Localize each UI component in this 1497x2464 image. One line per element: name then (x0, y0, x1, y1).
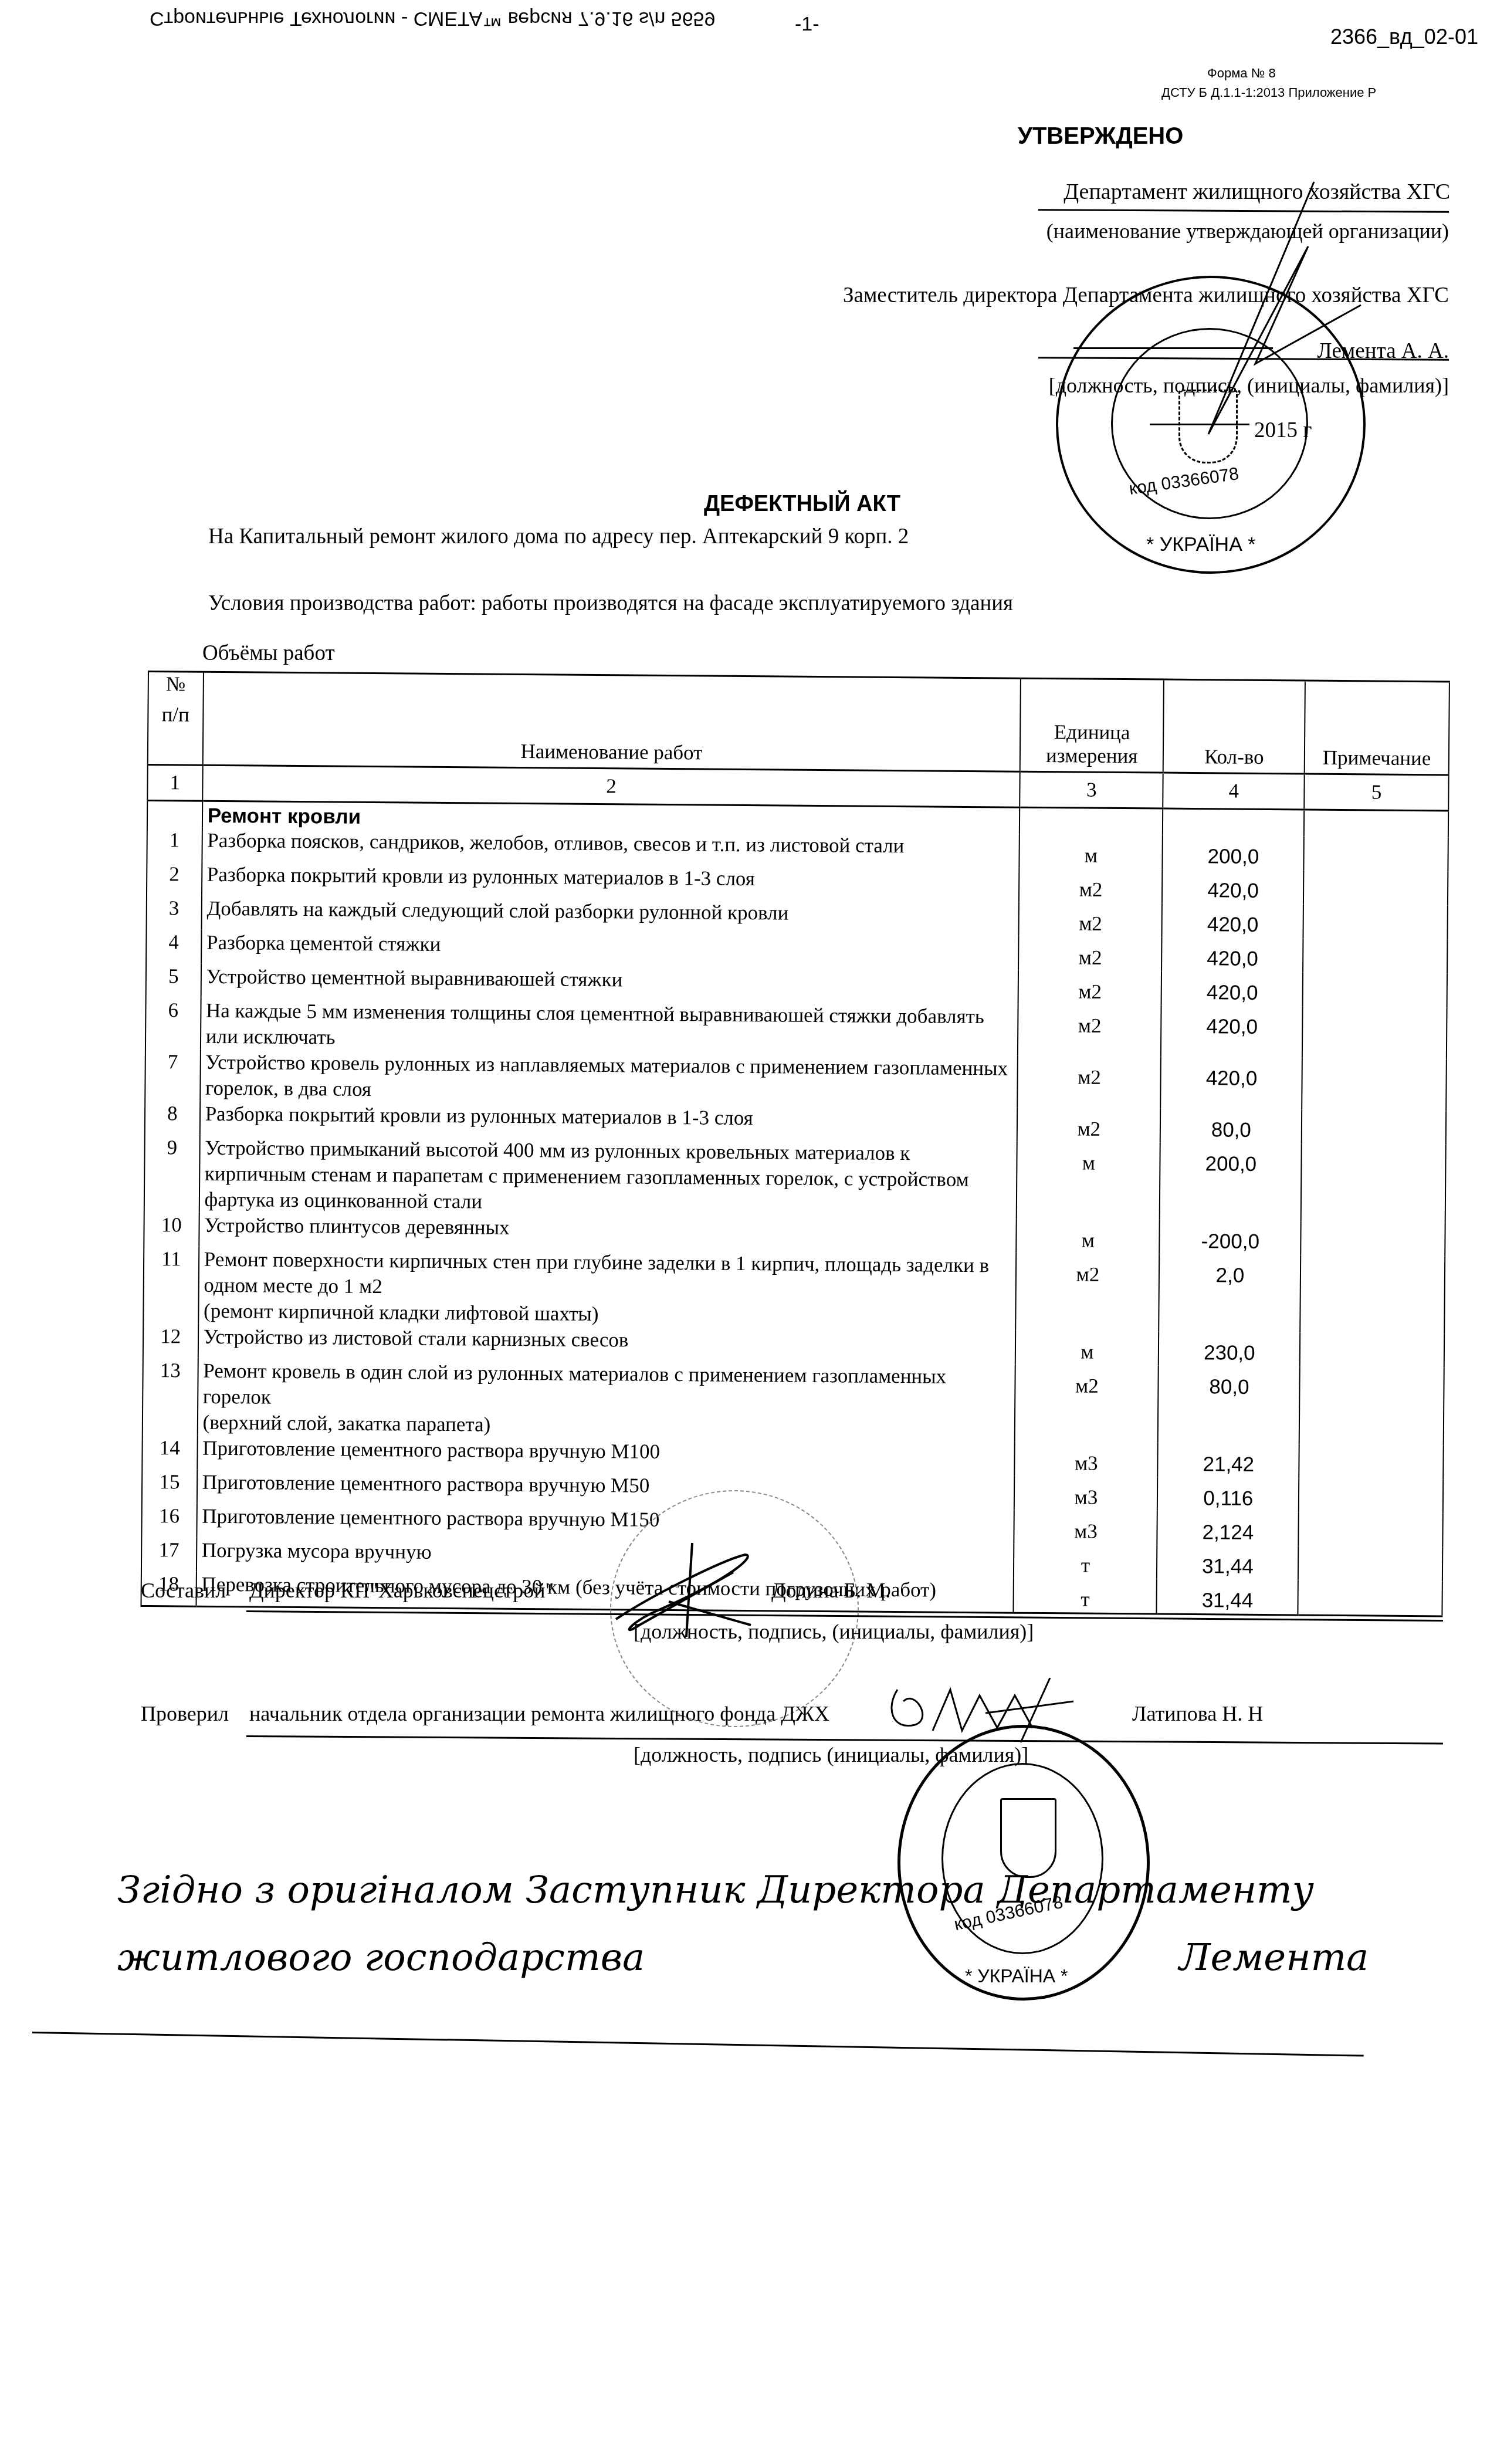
quantity: 420,0 (1162, 869, 1303, 905)
row-number: 13 (143, 1358, 198, 1436)
bottom-rule (32, 2032, 1364, 2057)
approval-heading: УТВЕРЖДЕНО (1018, 123, 1183, 150)
compiled-label: Составил (141, 1578, 226, 1603)
quantity: 420,0 (1161, 1006, 1303, 1058)
table-row: 13Ремонт кровель в один слой из рулонных… (143, 1358, 1444, 1445)
unit-of-measure: м (1017, 1219, 1160, 1254)
page-number: -1- (795, 13, 819, 36)
work-name: Устройство плинтусов деревянных (199, 1213, 1017, 1253)
row-number: 1 (147, 827, 202, 862)
quantity: 420,0 (1161, 937, 1303, 973)
column-number: 4 (1163, 773, 1305, 810)
unit-of-measure: м3 (1014, 1510, 1157, 1545)
table-row: 9Устройство примыканий высотой 400 мм из… (144, 1135, 1446, 1222)
checked-label: Проверил (141, 1701, 229, 1726)
unit-of-measure: м3 (1014, 1476, 1157, 1511)
section-unit (1020, 807, 1163, 835)
unit-of-measure: м2 (1018, 1004, 1161, 1057)
row-number: 3 (147, 895, 202, 930)
header-unit-line2: измерения (1025, 744, 1158, 769)
note (1299, 1512, 1443, 1547)
note (1299, 1478, 1443, 1513)
approver-signature (1115, 176, 1379, 440)
work-name: Устройство примыканий высотой 400 мм из … (199, 1135, 1017, 1219)
unit-of-measure: м (1017, 1142, 1160, 1220)
document-code: 2366_вд_02-01 (1330, 25, 1478, 49)
row-number: 5 (146, 963, 201, 998)
column-number: 1 (147, 765, 202, 801)
note (1301, 1143, 1446, 1222)
quantity: -200,0 (1160, 1220, 1301, 1255)
work-name: Разборка покрытий кровли из рулонных мат… (202, 862, 1020, 902)
header-no: № п/п (148, 672, 204, 766)
coat-of-arms-icon (1000, 1798, 1056, 1878)
work-name: Разборка цементой стяжки (201, 930, 1019, 970)
section-qty (1163, 808, 1304, 836)
note (1303, 904, 1448, 939)
row-number: 17 (141, 1537, 197, 1572)
unit-of-measure: м2 (1018, 970, 1161, 1006)
table-row: 6На каждые 5 мм изменения толщины слоя ц… (145, 997, 1447, 1059)
certification-line2: житлового господарства (117, 1936, 645, 1979)
unit-of-measure: т (1014, 1578, 1157, 1614)
work-name: Приготовление цементного раствора вручну… (197, 1436, 1015, 1476)
row-number: 10 (144, 1212, 199, 1247)
certification-name: Лемента (1179, 1936, 1369, 1979)
row-number: 16 (141, 1503, 197, 1538)
quantity: 80,0 (1160, 1109, 1302, 1144)
official-stamp-bottom: код 03366078 * УКРАЇНА * (897, 1725, 1150, 2001)
quantity: 80,0 (1158, 1366, 1300, 1444)
unit-of-measure: м2 (1016, 1253, 1160, 1332)
quantity: 200,0 (1163, 835, 1304, 871)
unit-of-measure: м2 (1018, 936, 1161, 972)
checked-name: Латипова Н. Н (1132, 1701, 1263, 1726)
table-header-row: № п/п Наименование работ Единица измерен… (148, 672, 1449, 775)
work-name: Устройство цементной выравниваюшей стяжк… (201, 964, 1018, 1004)
note (1303, 938, 1447, 973)
work-name: Устройство кровель рулонных из наплавляе… (200, 1050, 1018, 1108)
quantity: 0,116 (1157, 1477, 1299, 1512)
work-name: Ремонт кровель в один слой из рулонных м… (197, 1358, 1015, 1442)
form-number: Форма № 8 (1207, 66, 1276, 81)
row-number: 14 (142, 1435, 197, 1470)
note (1301, 1221, 1445, 1256)
row-number: 11 (143, 1246, 199, 1324)
row-number: 15 (142, 1469, 197, 1504)
certification-line1: Згідно з оригіналом Заступник Директора … (117, 1869, 1314, 1912)
quantity: 230,0 (1159, 1332, 1300, 1367)
section-no (147, 801, 202, 828)
quantity: 2,0 (1159, 1254, 1301, 1333)
work-name: Ремонт поверхности кирпичных стен при гл… (198, 1247, 1017, 1331)
note (1303, 870, 1448, 905)
header-note: Примечание (1305, 681, 1449, 775)
quantity: 31,44 (1157, 1579, 1298, 1615)
quantity: 2,124 (1157, 1511, 1299, 1546)
note (1298, 1580, 1442, 1616)
note (1299, 1366, 1444, 1445)
note (1299, 1444, 1444, 1479)
row-number: 9 (144, 1135, 200, 1213)
work-name: Устройство из листовой стали карнизных с… (198, 1324, 1015, 1365)
header-no-line2: п/п (153, 703, 198, 727)
compiler-signature (604, 1537, 780, 1643)
unit-of-measure: м2 (1018, 1056, 1161, 1109)
unit-of-measure: м (1015, 1331, 1159, 1366)
work-name: Добавлять на каждый следующий слой разбо… (201, 896, 1019, 936)
header-no-line1: № (154, 672, 198, 696)
note (1303, 972, 1447, 1007)
compiled-position: Директор КП"Харьковспецстрой" (249, 1578, 554, 1603)
row-number: 4 (146, 929, 201, 964)
unit-of-measure: м3 (1015, 1442, 1158, 1477)
note (1302, 1058, 1447, 1111)
unit-of-measure: м2 (1019, 902, 1162, 937)
header-qty: Кол-во (1163, 679, 1305, 774)
quantity: 420,0 (1162, 903, 1303, 939)
work-name: Разборка поясков, сандриков, желобов, от… (202, 828, 1020, 868)
document-title: ДЕФЕКТНЫЙ АКТ (704, 492, 900, 517)
unit-of-measure: м2 (1015, 1365, 1159, 1443)
note (1302, 1109, 1446, 1145)
document-subject: На Капитальный ремонт жилого дома по адр… (208, 524, 909, 549)
stamp-country: * УКРАЇНА * (1146, 533, 1256, 556)
row-number: 6 (145, 997, 201, 1050)
software-header: Строительные Технологии - СМЕТА™ версия … (150, 7, 715, 30)
table-row: 11Ремонт поверхности кирпичных стен при … (143, 1246, 1445, 1333)
work-name: Разборка покрытий кровли из рулонных мат… (199, 1101, 1017, 1142)
header-unit-line1: Единица (1025, 720, 1158, 745)
unit-of-measure: м (1020, 834, 1163, 869)
header-name: Наименование работ (202, 672, 1021, 771)
note (1304, 836, 1448, 871)
column-number: 2 (202, 765, 1020, 807)
note (1300, 1255, 1445, 1333)
quantity: 420,0 (1161, 1057, 1303, 1110)
section-note (1304, 810, 1448, 837)
quantity: 200,0 (1160, 1143, 1302, 1221)
unit-of-measure: т (1014, 1544, 1157, 1579)
column-number: 3 (1020, 771, 1164, 808)
unit-of-measure: м2 (1019, 868, 1162, 903)
quantity: 21,42 (1158, 1443, 1299, 1478)
quantity: 31,44 (1157, 1545, 1298, 1580)
unit-of-measure: м2 (1017, 1108, 1160, 1143)
work-name: Приготовление цементного раствора вручну… (197, 1470, 1015, 1510)
note (1298, 1546, 1442, 1581)
row-number: 2 (147, 861, 202, 896)
row-number: 7 (145, 1049, 200, 1101)
note (1300, 1332, 1444, 1368)
works-table: № п/п Наименование работ Единица измерен… (140, 671, 1449, 1617)
row-number: 8 (145, 1101, 200, 1135)
compiled-name: Долина Б. М. (771, 1578, 890, 1603)
header-unit: Единица измерения (1020, 678, 1164, 773)
quantity: 420,0 (1161, 972, 1303, 1007)
standard-reference: ДСТУ Б Д.1.1-1:2013 Приложение Р (1161, 85, 1376, 100)
stamp-country-bottom: * УКРАЇНА * (965, 1965, 1068, 1987)
table-row: 7Устройство кровель рулонных из наплавля… (145, 1049, 1447, 1111)
work-conditions: Условия производства работ: работы произ… (208, 591, 1013, 616)
column-number: 5 (1305, 774, 1449, 811)
note (1302, 1006, 1447, 1059)
checked-position: начальник отдела организации ремонта жил… (249, 1701, 829, 1726)
work-name: На каждые 5 мм изменения толщины слоя це… (201, 998, 1018, 1056)
row-number: 12 (143, 1324, 198, 1358)
volumes-label: Объёмы работ (202, 641, 335, 666)
